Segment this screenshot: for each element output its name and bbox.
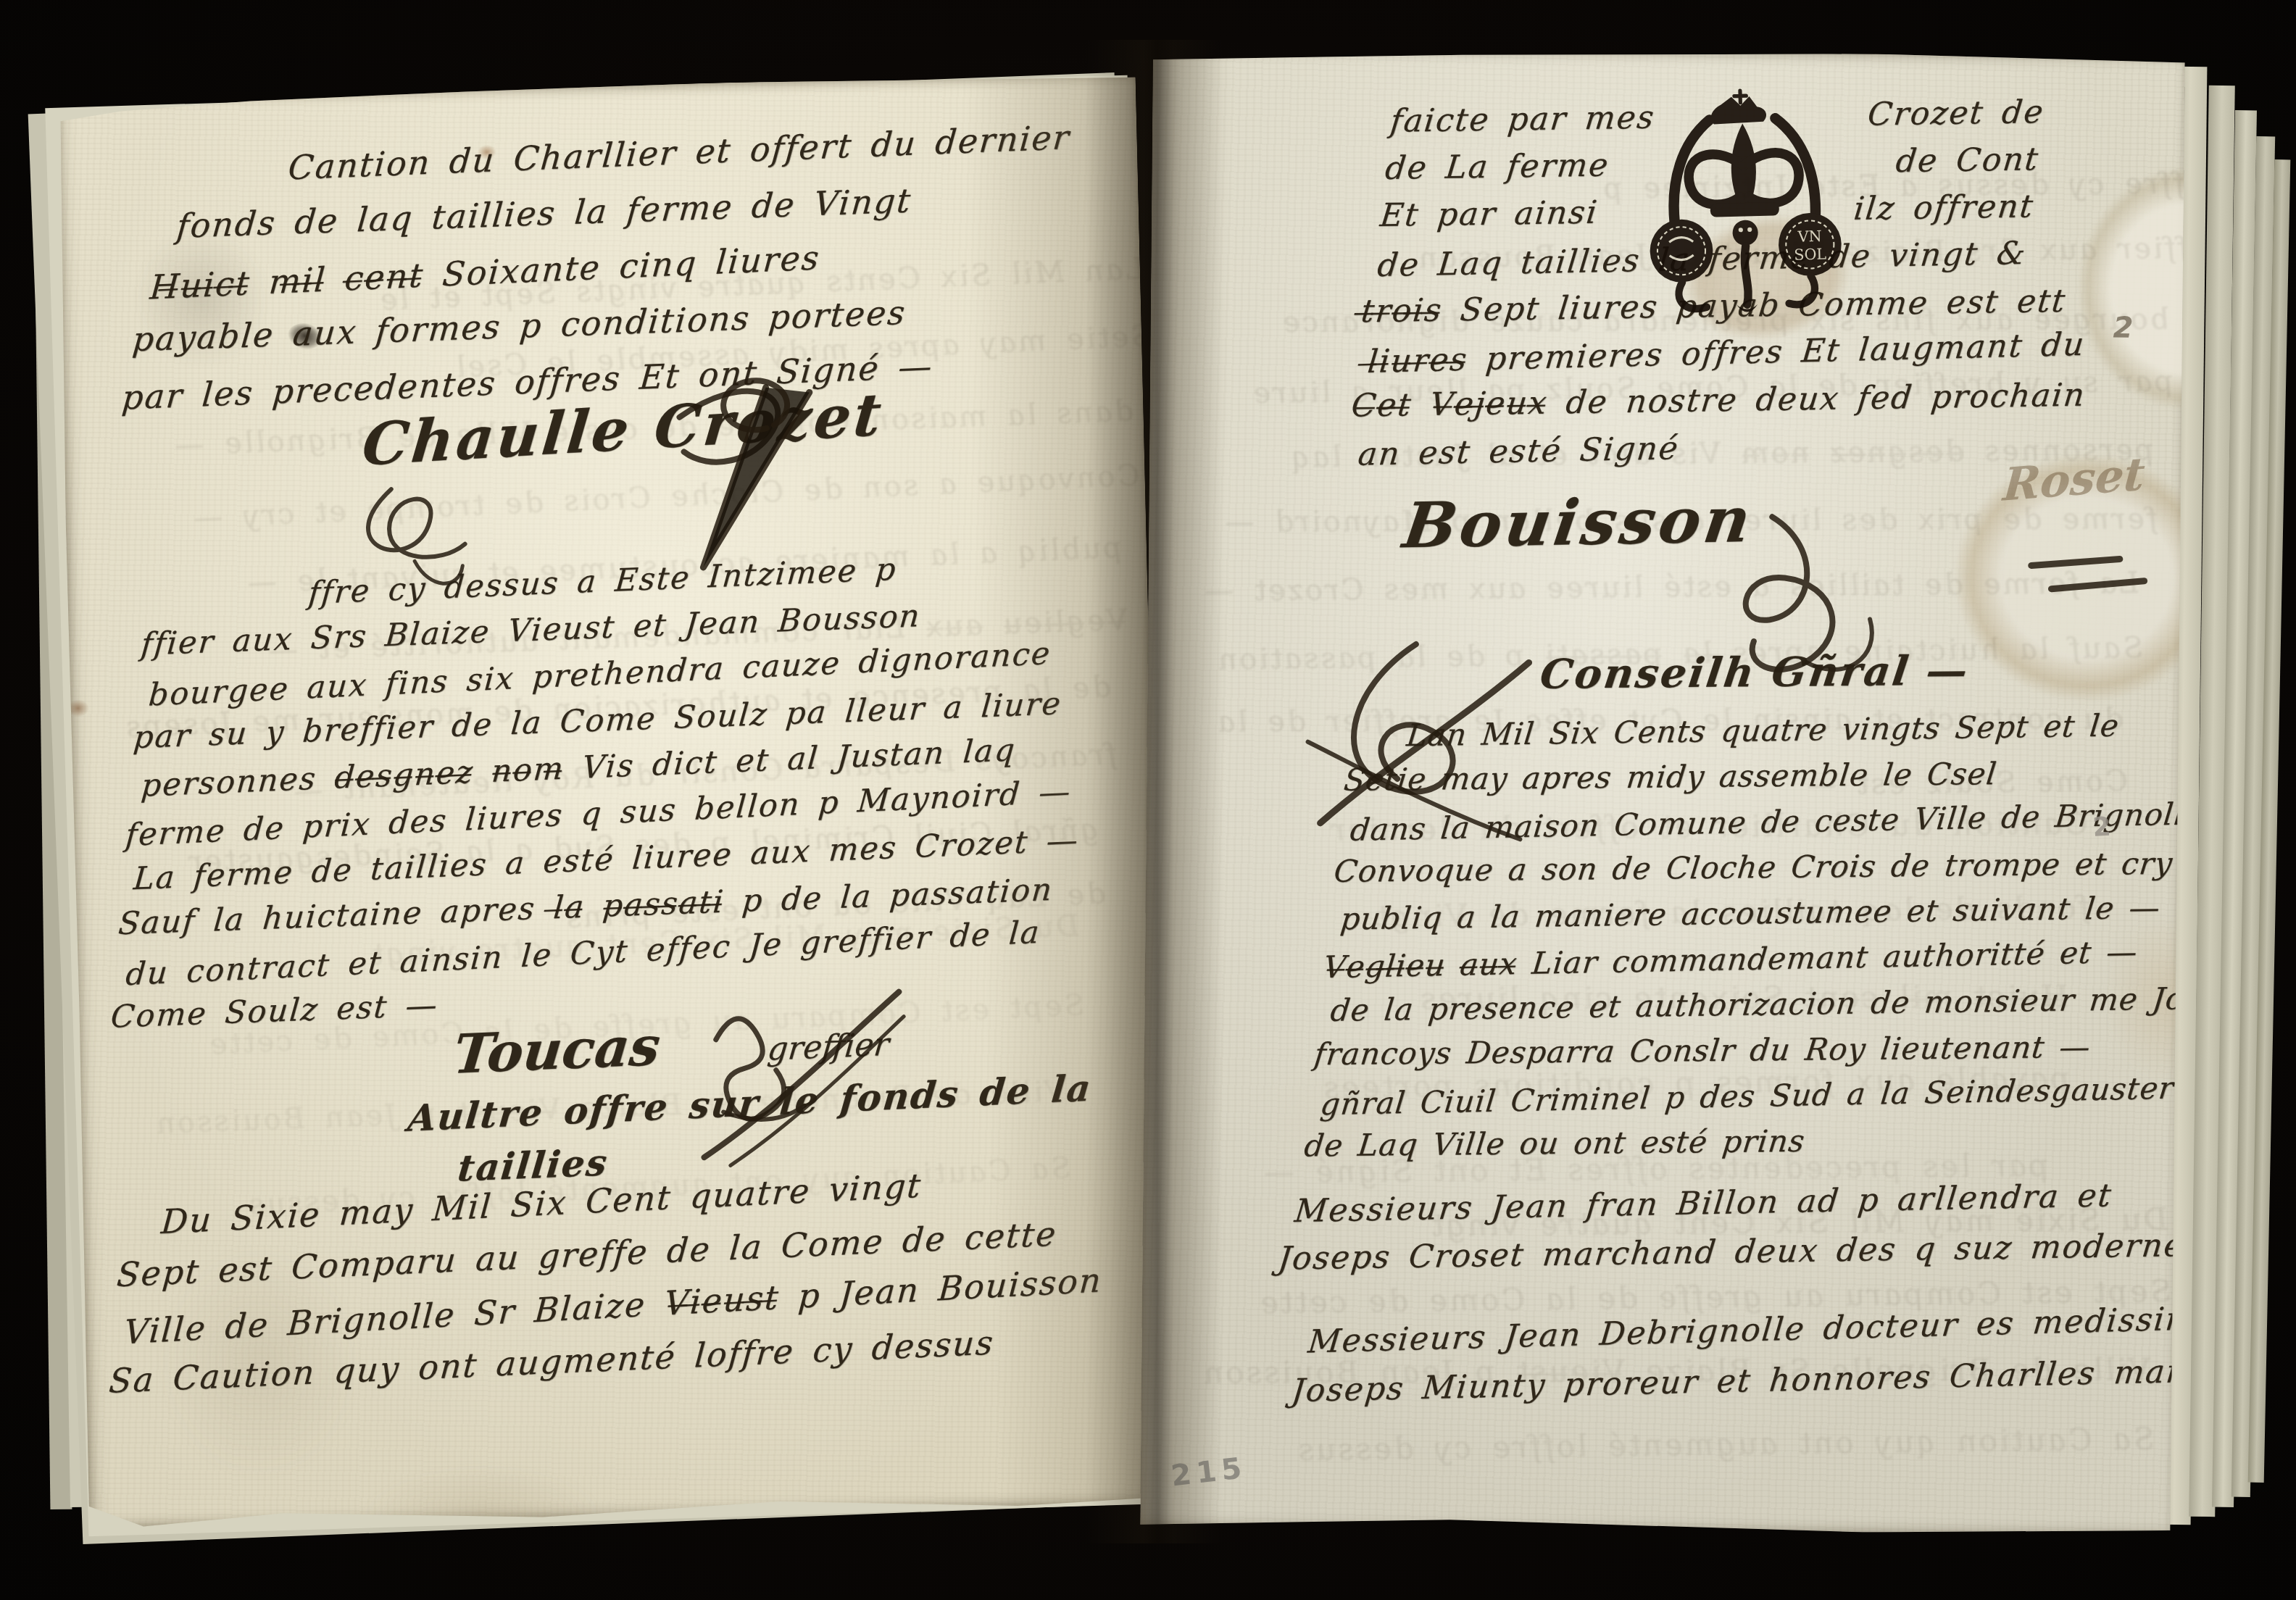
right-page: ffre cy dessus a Este Intzimee pffier au… xyxy=(1140,48,2185,1536)
bleed-line: La ferme de taillies a esté liuree aux m… xyxy=(1227,550,2142,625)
left-paragraph-decree: ffre cy dessus a Este Intzimee pffier au… xyxy=(120,538,1104,1042)
manuscript-line: Convoque a son de Cloche Crois de trompe… xyxy=(1331,839,2185,894)
split-line-left: de La ferme xyxy=(1383,141,1612,191)
split-line-right: Crozet de xyxy=(1865,88,2047,138)
signature-bouisson: Bouisson xyxy=(1399,483,1758,563)
signature-underline-strokes xyxy=(2025,555,2156,600)
split-line-right: de Cont xyxy=(1894,136,2042,185)
left-page: Lan Mil Six Cents quatre vingts Sept et … xyxy=(56,73,1169,1530)
split-line-left: faicte par mes xyxy=(1388,94,1657,145)
signature-name: Toucas xyxy=(451,1015,663,1086)
split-line-left: Et par ainsi xyxy=(1378,189,1601,239)
stamp-motto-bottom: SOL xyxy=(1794,246,1827,264)
book-scan-background: Lan Mil Six Cents quatre vingts Sept et … xyxy=(0,0,2296,1600)
stamp-motto-top: VN xyxy=(1797,228,1822,246)
margin-mark-ink: 2 xyxy=(2113,311,2133,344)
split-line-right: ilz offrent xyxy=(1851,183,2037,233)
right-paragraph-council: Lan Mil Six Cents quatre vingts Sept et … xyxy=(1313,700,2185,1170)
right-section-heading: Conseilh Gñral — xyxy=(1537,646,1972,698)
right-paragraph-messieurs-1: Messieurs Jean fran Billon ad p arllendr… xyxy=(1287,1168,2185,1286)
royal-tax-stamp: VN SOL xyxy=(1633,85,1856,322)
margin-mark-pencil: 2 xyxy=(2092,812,2112,843)
manuscript-line: de Laq Ville ou ont esté prins xyxy=(1302,1114,2185,1169)
